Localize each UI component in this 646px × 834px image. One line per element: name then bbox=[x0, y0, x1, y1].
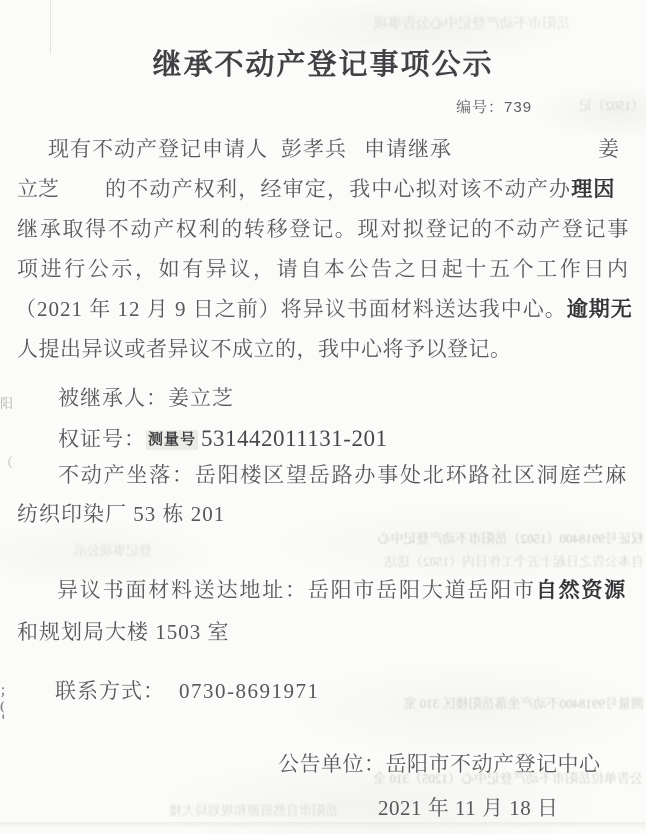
decedent-label: 被继承人： bbox=[58, 386, 168, 410]
location-value-line1: 岳阳楼区望岳路办事处北环路社区洞庭苎麻 bbox=[195, 463, 628, 487]
notice-title: 继承不动产登记事项公示 bbox=[0, 42, 646, 83]
body-text: （2021 年 12 月 9 日之前）将异议书面材料送达我中心。 bbox=[15, 297, 567, 321]
bleedthrough-text: 测量号9918400不动产坐落岳阳楼区 310 室 bbox=[300, 693, 644, 712]
bleedthrough-text: 权证号9918400（1502）岳阳市不动产登记中心 bbox=[330, 528, 644, 547]
inherit-clause-text: 申请继承 bbox=[364, 137, 452, 162]
patched-text: 自然资源 bbox=[536, 578, 627, 602]
scan-streak bbox=[0, 822, 646, 829]
objection-address-label: 异议书面材料送达地址： bbox=[57, 578, 308, 602]
edge-mark: （1 bbox=[0, 455, 12, 470]
paragraph-line-4: 项进行公示，如有异议，请自本公告之日起十五个工作日内 bbox=[17, 257, 631, 282]
contact-phone: 0730-8691971 bbox=[179, 679, 320, 703]
document-number-label: 编号： bbox=[456, 99, 504, 116]
issuing-unit-label: 公告单位： bbox=[278, 752, 386, 776]
patched-text: 理因 bbox=[571, 177, 615, 201]
paragraph-line-6: 人提出异议或者异议不成立的，我中心将予以登记。 bbox=[17, 337, 512, 362]
scanned-notice-page: 岳阳市不动产登记中心公告事项 （1502）记 权证号9918400（1502）岳… bbox=[0, 0, 646, 834]
decedent-name-part2: 立芝 bbox=[17, 177, 59, 202]
document-number: 编号：739 bbox=[456, 96, 532, 117]
paragraph-line-2-text: 的不动产权利，经审定，我中心拟对该不动产办理因 bbox=[105, 177, 616, 202]
body-text: 的不动产权利，经审定，我中心拟对该不动产办 bbox=[105, 177, 571, 201]
location-field: 不动产坐落：岳阳楼区望岳路办事处北环路社区洞庭苎麻 bbox=[58, 463, 628, 488]
contact-field: 联系方式：0730-8691971 bbox=[55, 679, 320, 704]
location-value-line2: 纺织印染厂 53 栋 201 bbox=[17, 502, 225, 527]
applicant-lead-text: 现有不动产登记申请人 bbox=[48, 137, 268, 162]
objection-address-field: 异议书面材料送达地址：岳阳市岳阳大道岳阳市自然资源 bbox=[57, 578, 627, 603]
issuing-unit-name: 岳阳市不动产登记中心 bbox=[386, 752, 601, 776]
document-number-value: 739 bbox=[504, 99, 532, 116]
patched-text: 逾期无 bbox=[567, 297, 633, 321]
bleedthrough-text: （1502）记 bbox=[552, 95, 644, 114]
decedent-field: 被继承人：姜立芝 bbox=[58, 386, 234, 411]
issuing-unit-line: 公告单位：岳阳市不动产登记中心 bbox=[278, 752, 601, 777]
certificate-label: 权证号： bbox=[58, 427, 146, 451]
paragraph-line-5: （2021 年 12 月 9 日之前）将异议书面材料送达我中心。逾期无 bbox=[15, 297, 633, 322]
edge-mark: 阳 bbox=[0, 396, 12, 411]
edge-mark: ；( ！ bbox=[0, 683, 12, 719]
bleedthrough-text: 岳阳市不动产登记中心公告事项 bbox=[150, 13, 570, 33]
certificate-type-tag: 测量号 bbox=[146, 430, 198, 450]
decedent-value: 姜立芝 bbox=[168, 386, 234, 410]
bleedthrough-text: 自本公告之日起十五个工作日内（1502）送达 bbox=[250, 551, 644, 570]
decedent-name-part1: 姜 bbox=[598, 137, 619, 162]
notice-date: 2021 年 11 月 18 日 bbox=[378, 796, 558, 821]
location-label: 不动产坐落： bbox=[58, 463, 195, 487]
objection-address-line2: 和规划局大楼 1503 室 bbox=[17, 620, 230, 645]
paragraph-line-3: 继承取得不动产权利的转移登记。现对拟登记的不动产登记事 bbox=[17, 217, 630, 242]
applicant-name: 彭孝兵 bbox=[281, 137, 347, 162]
certificate-field: 权证号：测量号531442011131-201 bbox=[58, 425, 387, 452]
objection-address-line1: 岳阳市岳阳大道岳阳市 bbox=[308, 578, 536, 602]
bleedthrough-text: 岳阳市自然资源和规划局大楼 bbox=[58, 800, 338, 819]
certificate-value: 531442011131-201 bbox=[201, 426, 387, 451]
bleedthrough-text: 登记事项公示 bbox=[2, 540, 152, 559]
contact-label: 联系方式： bbox=[55, 679, 165, 703]
